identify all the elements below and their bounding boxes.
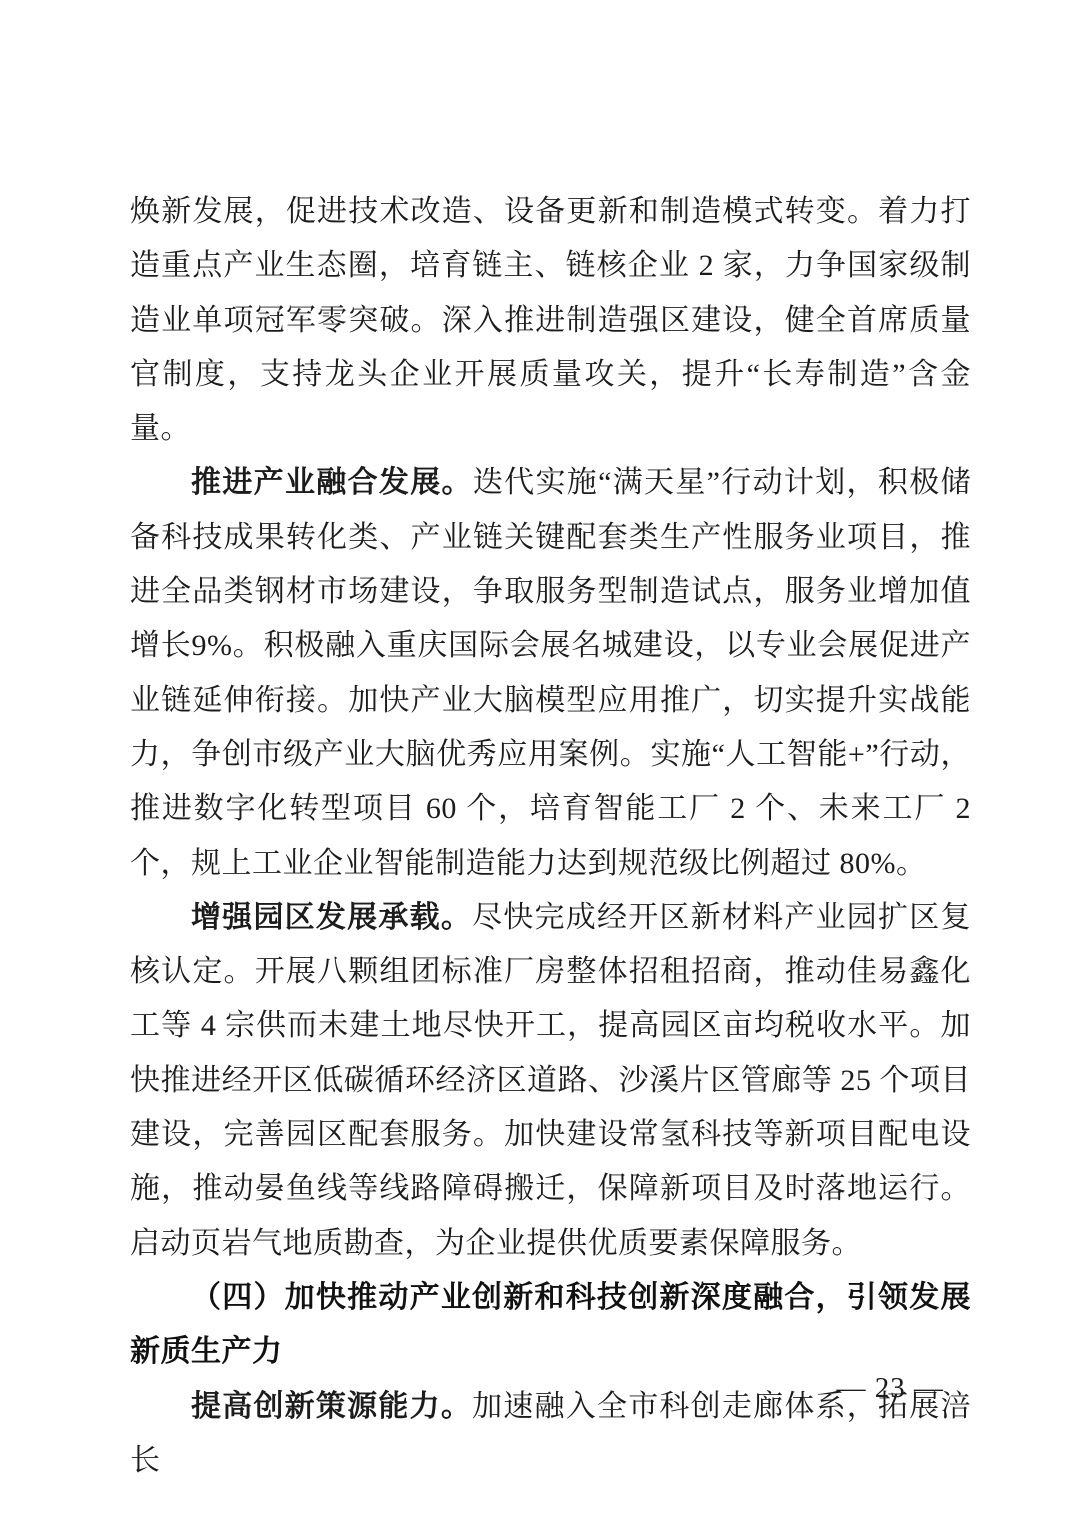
page-number: — 23 — [644,1370,944,1406]
paragraph: 焕新发展，促进技术改造、设备更新和制造模式转变。着力打造重点产业生态圈，培育链主… [130,185,971,456]
paragraph-text: 尽快完成经开区新材料产业园扩区复核认定。开展八颗组团标准厂房整体招租招商，推动佳… [130,901,971,1260]
paragraph-text: 迭代实施“满天星”行动计划，积极储备科技成果转化类、产业链关键配套类生产性服务业… [130,466,971,879]
paragraph: 推进产业融合发展。迭代实施“满天星”行动计划，积极储备科技成果转化类、产业链关键… [130,456,971,890]
paragraph-lead: 增强园区发展承载。 [191,901,472,934]
document-page: 焕新发展，促进技术改造、设备更新和制造模式转变。着力打造重点产业生态圈，培育链主… [0,0,1074,1520]
document-body: 焕新发展，促进技术改造、设备更新和制造模式转变。着力打造重点产业生态圈，培育链主… [130,185,971,1488]
paragraph-lead: 推进产业融合发展。 [191,466,473,499]
section-heading: （四）加快推动产业创新和科技创新深度融合，引领发展新质生产力 [130,1271,971,1380]
paragraph: 增强园区发展承载。尽快完成经开区新材料产业园扩区复核认定。开展八颗组团标准厂房整… [130,891,971,1271]
paragraph-text: 焕新发展，促进技术改造、设备更新和制造模式转变。着力打造重点产业生态圈，培育链主… [130,195,971,445]
paragraph-lead: 提高创新策源能力。 [191,1390,472,1423]
